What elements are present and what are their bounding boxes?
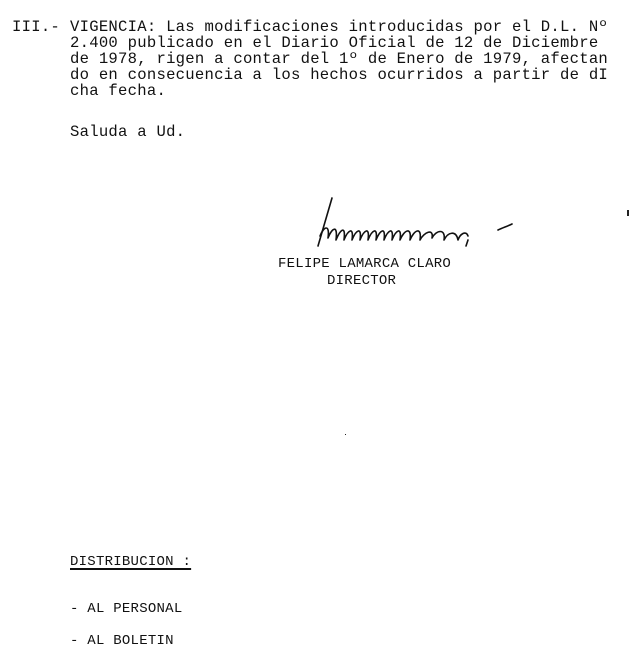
scan-mark [627,210,629,216]
handwritten-signature [312,190,522,260]
distribution-header: DISTRIBUCION : [70,554,191,570]
paragraph-line-2: 2.400 publicado en el Diario Oficial de … [70,35,608,51]
section-number: III.- [12,19,60,35]
distribution-item: - AL BOLETIN [70,633,174,649]
paragraph-line-5: cha fecha. [70,83,608,99]
vigencia-paragraph: VIGENCIA: Las modificaciones introducida… [70,19,608,99]
scan-speck [345,434,346,435]
signer-name: FELIPE LAMARCA CLARO [278,256,451,272]
paragraph-line-4: do en consecuencia a los hechos ocurrido… [70,67,608,83]
distribution-item: - AL PERSONAL [70,601,182,617]
closing-greeting: Saluda a Ud. [70,123,185,141]
paragraph-line-1: VIGENCIA: Las modificaciones introducida… [70,19,608,35]
paragraph-line-3: de 1978, rigen a contar del 1º de Enero … [70,51,608,67]
signer-title: DIRECTOR [327,273,396,289]
